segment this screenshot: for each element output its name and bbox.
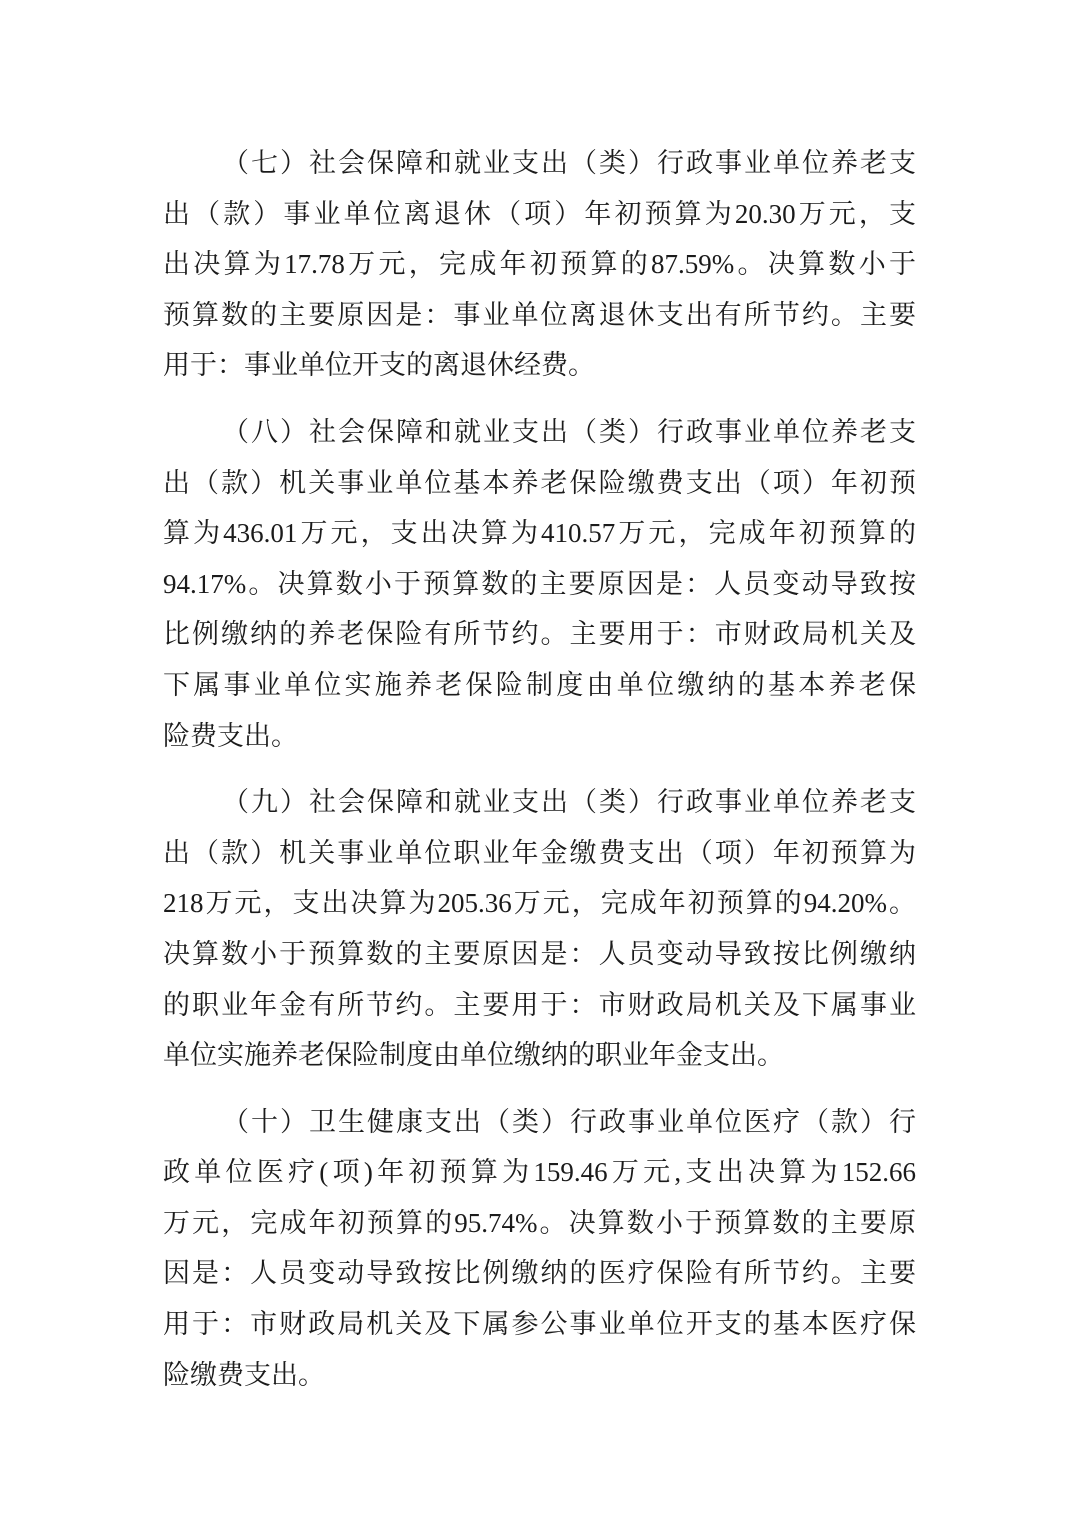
text-line: （七）社会保障和就业支出（类）行政事业单位养老支 bbox=[163, 138, 916, 189]
text-line: 政单位医疗(项)年初预算为159.46万元,支出决算为152.66 bbox=[163, 1147, 916, 1198]
text-line: 下属事业单位实施养老保险制度由单位缴纳的基本养老保 bbox=[163, 660, 916, 711]
text-line: （八）社会保障和就业支出（类）行政事业单位养老支 bbox=[163, 407, 916, 458]
text-line: 单位实施养老保险制度由单位缴纳的职业年金支出。 bbox=[163, 1030, 916, 1081]
text-line: 用于：事业单位开支的离退休经费。 bbox=[163, 340, 916, 391]
text-line: （九）社会保障和就业支出（类）行政事业单位养老支 bbox=[163, 777, 916, 828]
text-line: 万元，完成年初预算的95.74%。决算数小于预算数的主要原 bbox=[163, 1198, 916, 1249]
text-line: 出（款）机关事业单位基本养老保险缴费支出（项）年初预 bbox=[163, 458, 916, 509]
text-line: 出（款）事业单位离退休（项）年初预算为20.30万元，支 bbox=[163, 189, 916, 240]
text-line: 险费支出。 bbox=[163, 711, 916, 762]
text-line: 算为436.01万元，支出决算为410.57万元，完成年初预算的 bbox=[163, 508, 916, 559]
text-line: （十）卫生健康支出（类）行政事业单位医疗（款）行 bbox=[163, 1097, 916, 1148]
text-line: 用于：市财政局机关及下属参公事业单位开支的基本医疗保 bbox=[163, 1299, 916, 1350]
text-line: 因是：人员变动导致按比例缴纳的医疗保险有所节约。主要 bbox=[163, 1248, 916, 1299]
text-line: 比例缴纳的养老保险有所节约。主要用于：市财政局机关及 bbox=[163, 609, 916, 660]
text-line: 险缴费支出。 bbox=[163, 1350, 916, 1401]
document-page: （七）社会保障和就业支出（类）行政事业单位养老支 出（款）事业单位离退休（项）年… bbox=[0, 0, 1075, 1520]
text-line: 决算数小于预算数的主要原因是：人员变动导致按比例缴纳 bbox=[163, 929, 916, 980]
text-line: 出（款）机关事业单位职业年金缴费支出（项）年初预算为 bbox=[163, 828, 916, 879]
document-body: （七）社会保障和就业支出（类）行政事业单位养老支 出（款）事业单位离退休（项）年… bbox=[163, 138, 916, 1416]
text-line: 预算数的主要原因是：事业单位离退休支出有所节约。主要 bbox=[163, 290, 916, 341]
text-line: 出决算为17.78万元，完成年初预算的87.59%。决算数小于 bbox=[163, 239, 916, 290]
text-line: 218万元，支出决算为205.36万元，完成年初预算的94.20%。 bbox=[163, 878, 916, 929]
text-line: 的职业年金有所节约。主要用于：市财政局机关及下属事业 bbox=[163, 980, 916, 1031]
text-line: 94.17%。决算数小于预算数的主要原因是：人员变动导致按 bbox=[163, 559, 916, 610]
